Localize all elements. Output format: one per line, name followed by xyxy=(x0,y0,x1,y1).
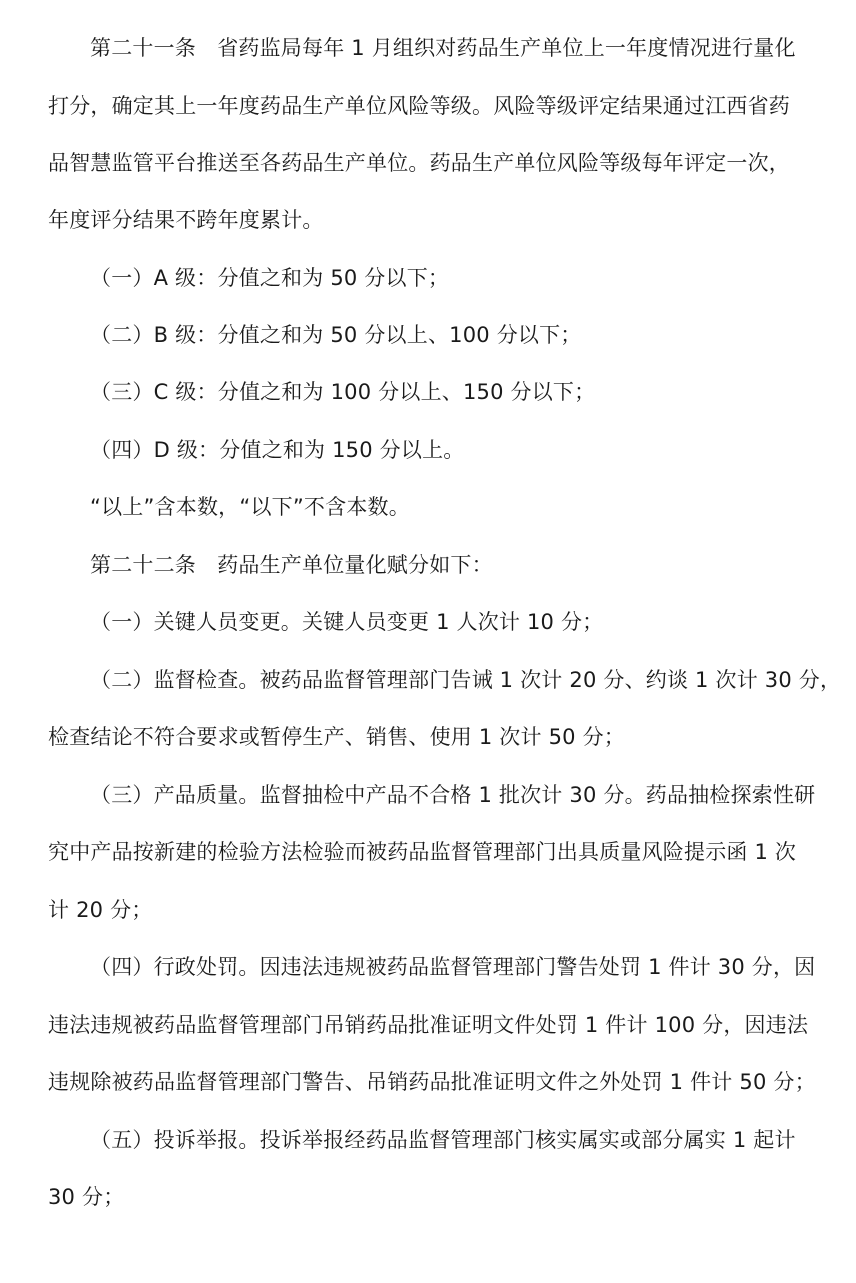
definition-note: “以上”含本数，“以下”不含本数。 xyxy=(90,493,410,521)
scoring-item-4-line-2: 违法违规被药品监督管理部门吊销药品批准证明文件处罚 1 件计 100 分，因违法 xyxy=(48,1011,808,1039)
level-b-item: （二）B 级：分值之和为 50 分以上、100 分以下； xyxy=(90,321,582,349)
level-d-item: （四）D 级：分值之和为 150 分以上。 xyxy=(90,436,464,464)
article-21-line-4: 年度评分结果不跨年度累计。 xyxy=(48,206,324,234)
scoring-item-2-line-1: （二）监督检查。被药品监督管理部门告诫 1 次计 20 分、约谈 1 次计 30… xyxy=(90,666,841,694)
article-21-line-3: 品智慧监管平台推送至各药品生产单位。药品生产单位风险等级每年评定一次， xyxy=(48,149,790,177)
scoring-item-3-line-1: （三）产品质量。监督抽检中产品不合格 1 批次计 30 分。药品抽检探索性研 xyxy=(90,781,815,809)
scoring-item-3-line-2: 究中产品按新建的检验方法检验而被药品监督管理部门出具质量风险提示函 1 次 xyxy=(48,838,796,866)
scoring-item-5-line-1: （五）投诉举报。投诉举报经药品监督管理部门核实属实或部分属实 1 起计 xyxy=(90,1126,796,1154)
article-21-line-1: 第二十一条 省药监局每年 1 月组织对药品生产单位上一年度情况进行量化 xyxy=(90,34,796,62)
level-a-item: （一）A 级：分值之和为 50 分以下； xyxy=(90,264,449,292)
scoring-item-5-line-2: 30 分； xyxy=(48,1183,124,1211)
scoring-item-2-line-2: 检查结论不符合要求或暂停生产、销售、使用 1 次计 50 分； xyxy=(48,723,625,751)
article-21-line-2: 打分，确定其上一年度药品生产单位风险等级。风险等级评定结果通过江西省药 xyxy=(48,92,790,120)
scoring-item-4-line-1: （四）行政处罚。因违法违规被药品监督管理部门警告处罚 1 件计 30 分，因 xyxy=(90,953,815,981)
article-22-heading: 第二十二条 药品生产单位量化赋分如下： xyxy=(90,551,493,579)
level-c-item: （三）C 级：分值之和为 100 分以上、150 分以下； xyxy=(90,378,595,406)
scoring-item-3-line-3: 计 20 分； xyxy=(48,896,152,924)
scoring-item-1: （一）关键人员变更。关键人员变更 1 人次计 10 分； xyxy=(90,608,603,636)
scoring-item-4-line-3: 违规除被药品监督管理部门警告、吊销药品批准证明文件之外处罚 1 件计 50 分； xyxy=(48,1068,816,1096)
